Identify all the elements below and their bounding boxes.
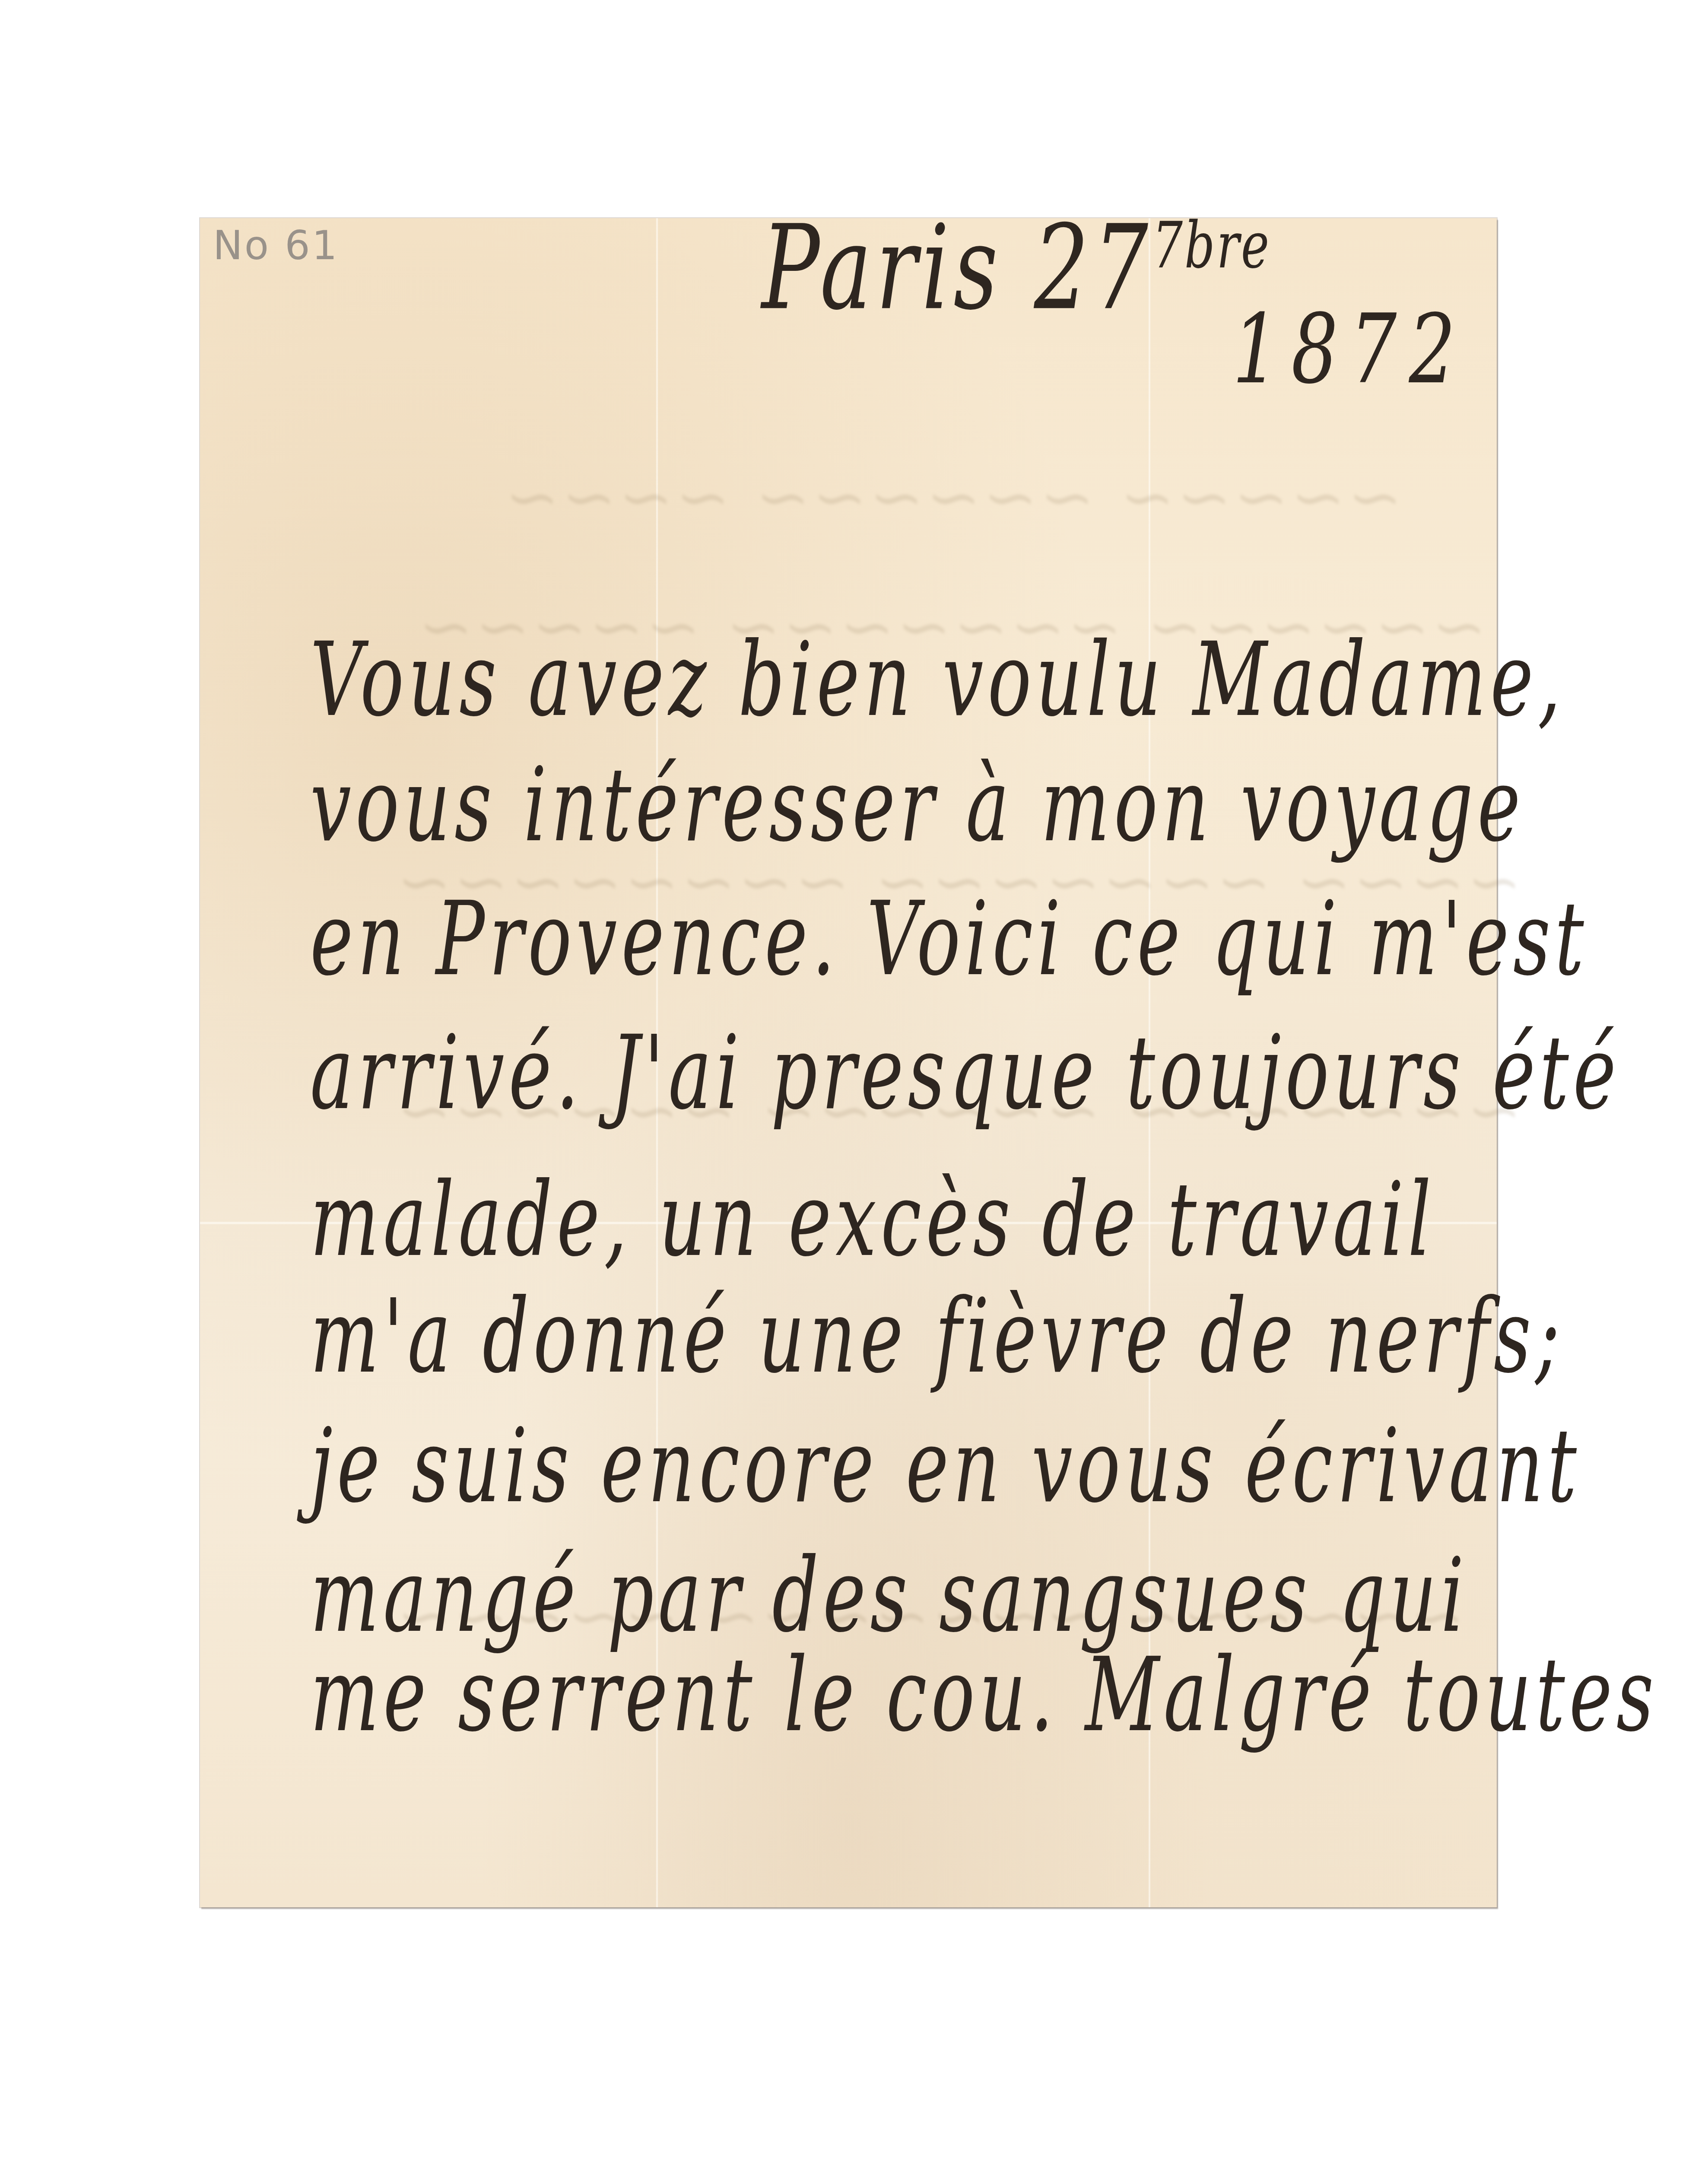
letter-date-year: 1872: [1232, 294, 1468, 405]
body-line-7: je suis encore en vous écrivant: [310, 1407, 1581, 1525]
body-line-1: Vous avez bien voulu Madame,: [310, 621, 1565, 739]
body-line-2: vous intéresser à mon voyage: [310, 746, 1525, 864]
body-line-4: arrivé. J'ai presque toujours été: [310, 1014, 1620, 1132]
date-month-superscript: 7bre: [1152, 208, 1271, 283]
bleed-through-texture: ~~~~~ ~~~~~~ ~~~~: [502, 460, 1402, 535]
letter-paper: ~~~~~ ~~~~~~ ~~~~ ~~~~~~ ~~~~~~~ ~~~~~ ~…: [200, 218, 1497, 1907]
archive-number-pencil: No 61: [213, 222, 339, 269]
letter-date-place: Paris 277bre: [762, 200, 1271, 336]
body-line-9: me serrent le cou. Malgré toutes: [310, 1636, 1658, 1754]
body-line-6: m'a donné une fièvre de nerfs;: [310, 1277, 1564, 1396]
body-line-5: malade, un excès de travail: [310, 1161, 1435, 1279]
body-line-3: en Provence. Voici ce qui m'est: [310, 880, 1588, 998]
date-place-day: Paris 27: [762, 200, 1152, 336]
